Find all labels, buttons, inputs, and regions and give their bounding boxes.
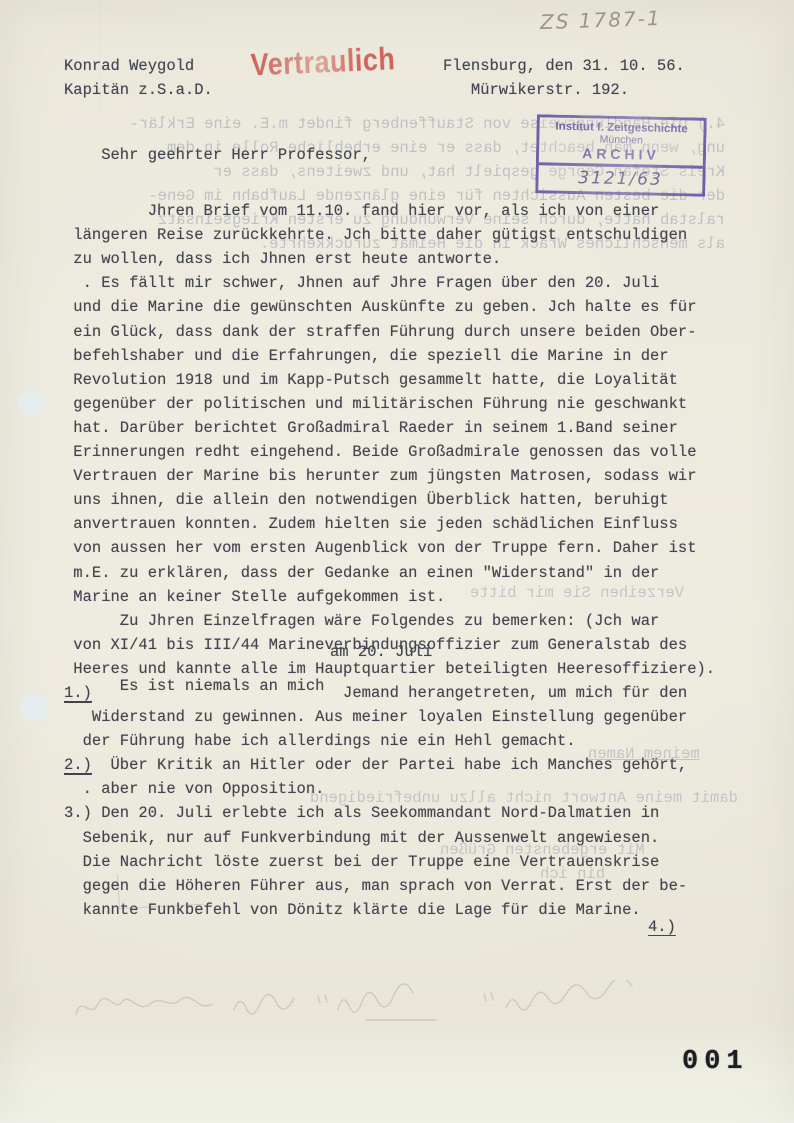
paragraph-line: hat. Darüber berichtet Großadmiral Raede… <box>64 416 715 440</box>
interlinear-insertion: am 20. Juli <box>330 640 432 664</box>
paragraph-line: und die Marine die gewünschten Auskünfte… <box>64 295 715 319</box>
item-1-lines: Widerstand zu gewinnen. Aus meiner loyal… <box>64 705 715 753</box>
paragraph-line: uns ihnen, die allein den notwendigen Üb… <box>64 488 715 512</box>
archive-stamp: Institut f. Zeitgeschichte München ARCHI… <box>535 114 707 197</box>
item-1-marker: 1.) <box>64 684 92 702</box>
sender-name: Konrad Weygold <box>64 54 213 78</box>
paragraph-line: Erinnerungen redht eingehend. Beide Groß… <box>64 440 715 464</box>
paragraph-line: längeren Reise zurückkehrte. Jch bitte d… <box>64 223 715 247</box>
paragraph-line: Jhren Brief vom 11.10. fand hier vor, al… <box>64 199 715 223</box>
item-1-raised-text: Es ist niemals an mich <box>92 677 325 695</box>
paragraph-line: . aber nie von Opposition. <box>64 777 715 801</box>
item-1-first-rest: Jemand herangetreten, um mich für den <box>324 684 687 702</box>
item-3-first-rest: Den 20. Juli erlebte ich als Seekommanda… <box>92 804 659 822</box>
archive-stamp-label: ARCHIV <box>541 144 701 163</box>
paragraph-line: der Führung habe ich allerdings nie ein … <box>64 729 715 753</box>
punch-hole-top <box>20 392 43 413</box>
item-2-marker: 2.) <box>64 756 92 774</box>
item-3-lines: Sebenik, nur auf Funkverbindung mit der … <box>64 826 715 922</box>
paragraph-2: . Es fällt mir schwer, Jhnen auf Jhre Fr… <box>64 271 715 608</box>
paragraph-line: befehlshaber und die Erfahrungen, die sp… <box>64 344 715 368</box>
paragraph-line: gegenüber der politischen und militärisc… <box>64 392 715 416</box>
paragraph-line: Widerstand zu gewinnen. Aus meiner loyal… <box>64 705 715 729</box>
continuation-marker: 4.) <box>648 915 676 939</box>
date-block: Flensburg, den 31. 10. 56. Mürwikerstr. … <box>443 54 685 102</box>
paragraph-line: zu wollen, dass ich Jhnen erst heute ant… <box>64 247 715 271</box>
item-3-first-line: 3.) Den 20. Juli erlebte ich als Seekomm… <box>64 801 715 825</box>
item-1-first-line: 1.) Es ist niemals an mich Jemand herang… <box>64 681 715 705</box>
paragraph-line: Sebenik, nur auf Funkverbindung mit der … <box>64 826 715 850</box>
paragraph-line: ein Glück, dass dank der straffen Führun… <box>64 320 715 344</box>
page-number-stamp: 001 <box>682 1047 749 1077</box>
confidential-stamp: Vertraulich <box>250 42 396 84</box>
paragraph-line: Die Nachricht löste zuerst bei der Trupp… <box>64 850 715 874</box>
item-2-first-rest: Über Kritik an Hitler oder der Partei ha… <box>92 756 687 774</box>
sender-block: Konrad Weygold Kapitän z.S.a.D. <box>64 54 213 102</box>
paragraph-line: Vertrauen der Marine bis herunter zum jü… <box>64 464 715 488</box>
paragraph-line: Revolution 1918 und im Kapp-Putsch gesam… <box>64 368 715 392</box>
sender-rank: Kapitän z.S.a.D. <box>64 78 213 102</box>
item-2-lines: . aber nie von Opposition. <box>64 777 715 801</box>
paragraph-line: Zu Jhren Einzelfragen wäre Folgendes zu … <box>64 609 715 633</box>
punch-hole-bottom <box>22 696 46 719</box>
paragraph-1: Jhren Brief vom 11.10. fand hier vor, al… <box>64 199 715 271</box>
paragraph-line: kannte Funkbefehl von Dönitz klärte die … <box>64 898 715 922</box>
paragraph-line: . Es fällt mir schwer, Jhnen auf Jhre Fr… <box>64 271 715 295</box>
item-3-marker: 3.) <box>64 804 92 822</box>
paragraph-line: gegen die Höheren Führer aus, man sprach… <box>64 874 715 898</box>
archive-stamp-number: 3121/63 <box>538 165 702 193</box>
paragraph-line: Marine an keiner Stelle aufgekommen ist. <box>64 585 715 609</box>
letter-body: Sehr geehrter Herr Professor, Jhren Brie… <box>64 143 715 922</box>
paragraph-line: von aussen her vom ersten Augenblick von… <box>64 536 715 560</box>
place-date-line: Flensburg, den 31. 10. 56. <box>443 54 685 78</box>
item-2-first-line: 2.) Über Kritik an Hitler oder der Parte… <box>64 753 715 777</box>
archive-stamp-header: Institut f. Zeitgeschichte München ARCHI… <box>539 117 704 168</box>
archive-catalog-note: ZS 1787-1 <box>540 6 662 34</box>
show-through-handwriting <box>66 980 706 1030</box>
paragraph-line: anvertrauen konnten. Zudem hielten sie j… <box>64 512 715 536</box>
street-address-line: Mürwikerstr. 192. <box>443 78 685 102</box>
paragraph-line: m.E. zu erklären, dass der Gedanke an ei… <box>64 561 715 585</box>
letter-page: 4.) Die Handlungsweise von Stauffenberg … <box>0 0 794 1123</box>
